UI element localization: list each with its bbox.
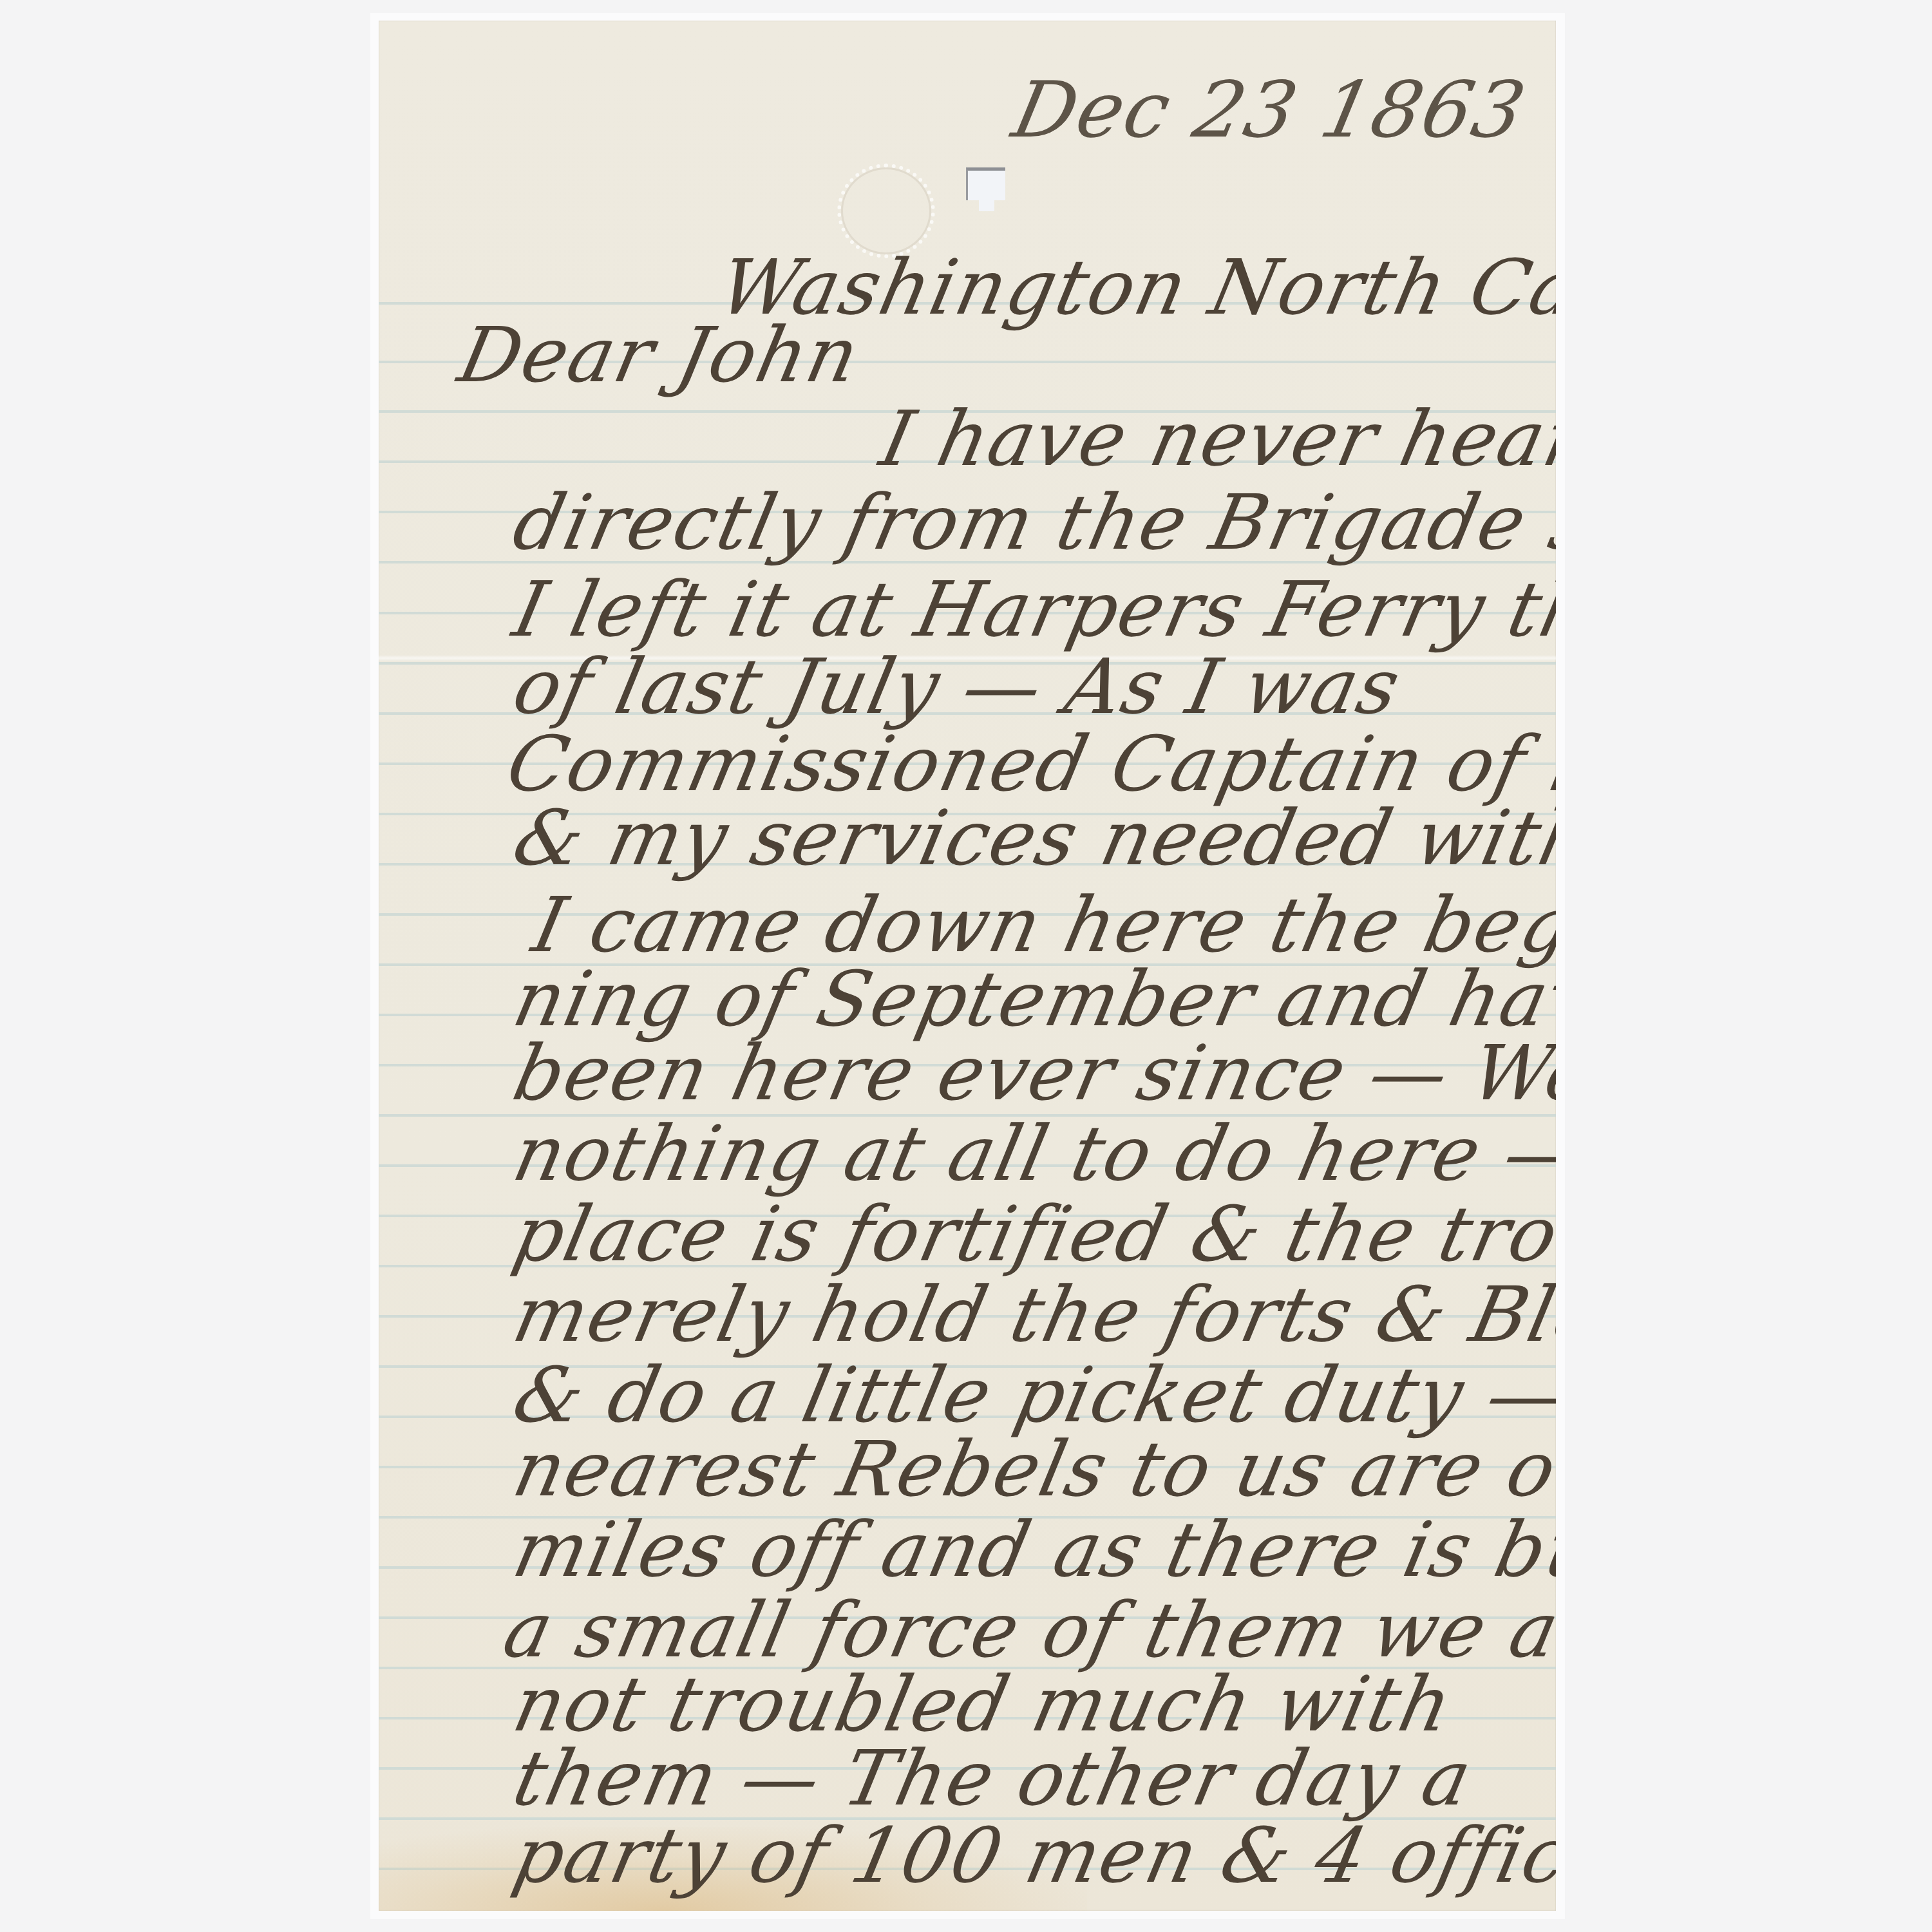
letter-line: merely hold the forts & Block houses	[507, 1276, 1556, 1352]
letter-line: & do a little picket duty — The	[507, 1357, 1556, 1433]
letter-line: a small force of them we are	[498, 1592, 1556, 1668]
letter-line: I have never heard	[875, 401, 1556, 477]
letter-line: directly from the Brigade since	[507, 484, 1556, 560]
letter-line: place is fortified & the troops	[507, 1196, 1556, 1272]
letter-page: Dec 23 1863 Washington North Carolina De…	[379, 21, 1556, 1911]
letter-line: I came down here the begin-	[527, 887, 1556, 963]
letter-line: not troubled much with	[507, 1666, 1459, 1742]
letter-line: I left it at Harpers Ferry the 16th	[507, 571, 1556, 647]
letter-line: ning of September and have	[507, 961, 1556, 1037]
letter-date: Dec 23 1863	[1007, 72, 1532, 149]
letter-line: & my services needed with it	[507, 800, 1556, 876]
letter-salutation: Dear John	[453, 317, 866, 393]
letter-line: them — The other day a	[507, 1740, 1479, 1816]
letter-line: nothing at all to do here — The	[507, 1115, 1556, 1191]
letter-line: miles off and as there is but	[507, 1511, 1556, 1587]
letter-line: of last July — As I was	[507, 649, 1407, 724]
punched-hole-tab	[979, 196, 994, 211]
letter-line: nearest Rebels to us are over 20	[507, 1431, 1556, 1507]
letter-line: been here ever since — We have	[507, 1035, 1556, 1111]
letter-line: Commissioned Captain of my Co.	[501, 726, 1556, 802]
letter-line: party of 100 men & 4 officers	[507, 1817, 1556, 1893]
